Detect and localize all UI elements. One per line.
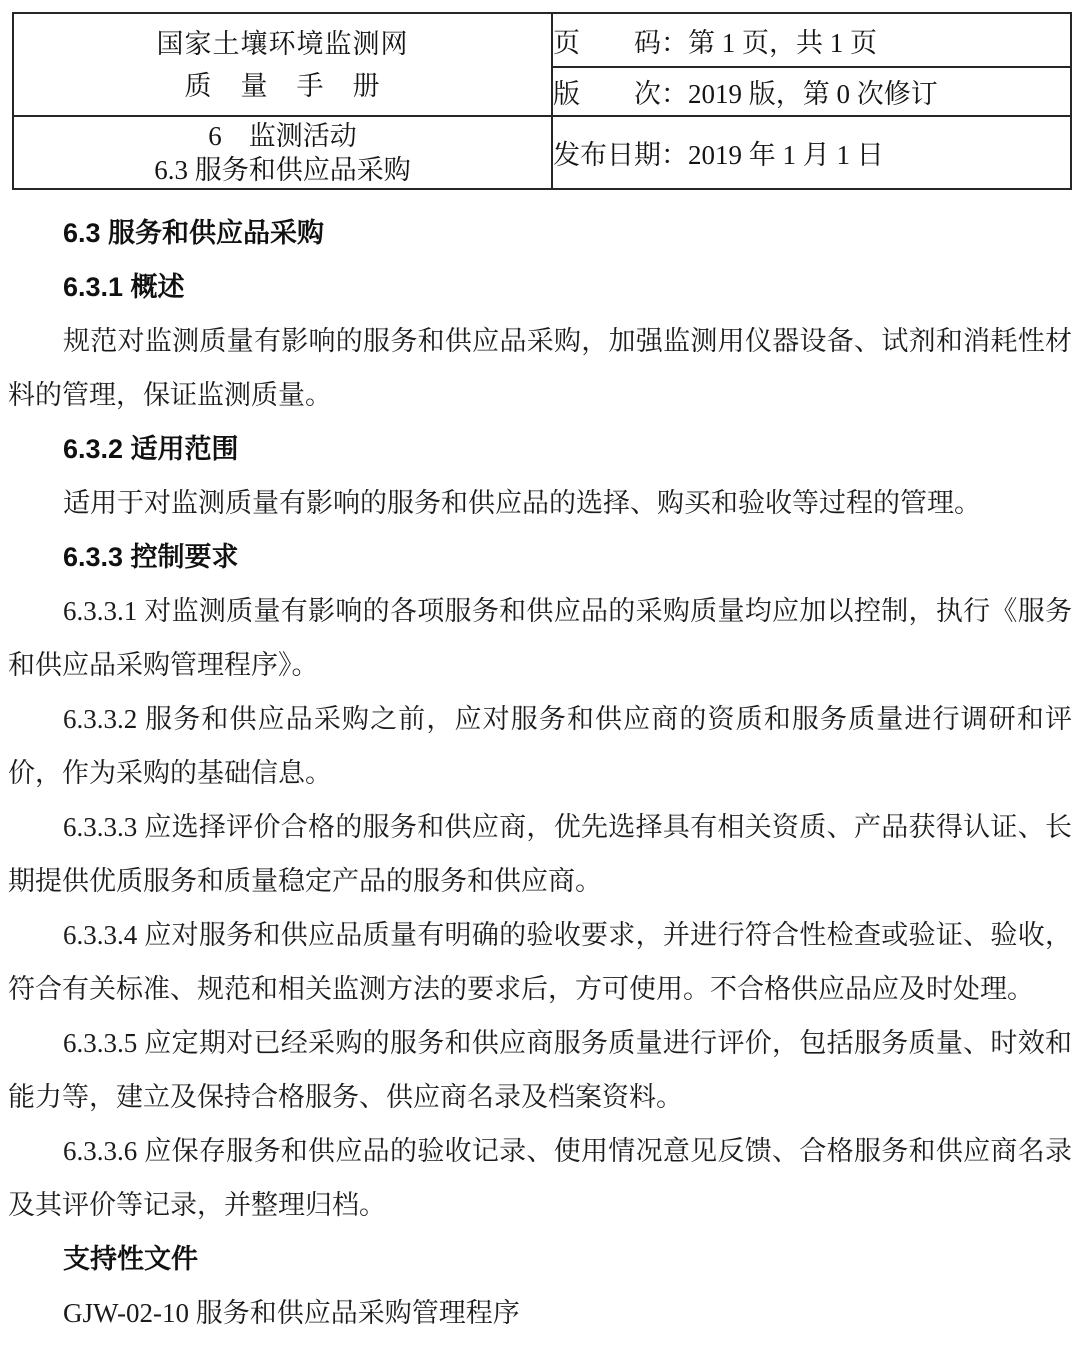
paragraph-6-3-3-2: 6.3.3.2 服务和供应品采购之前，应对服务和供应商的资质和服务质量进行调研和… <box>8 692 1072 800</box>
document-page: 国家土壤环境监测网 质 量 手 册 页 码：第 1 页，共 1 页 版 次：20… <box>0 0 1080 1346</box>
section-heading-6-3: 6.3 服务和供应品采购 <box>8 206 1072 260</box>
chapter-line2: 6.3 服务和供应品采购 <box>14 153 551 187</box>
header-row-page: 国家土壤环境监测网 质 量 手 册 页 码：第 1 页，共 1 页 <box>13 13 1071 67</box>
paragraph-6-3-3-3: 6.3.3.3 应选择评价合格的服务和供应商，优先选择具有相关资质、产品获得认证… <box>8 800 1072 908</box>
version-cell: 版 次：2019 版，第 0 次修订 <box>552 67 1071 116</box>
chapter-cell: 6 监测活动 6.3 服务和供应品采购 <box>13 116 552 189</box>
section-heading-6-3-2: 6.3.2 适用范围 <box>8 422 1072 476</box>
document-header-table: 国家土壤环境监测网 质 量 手 册 页 码：第 1 页，共 1 页 版 次：20… <box>12 12 1072 190</box>
supporting-doc-item: GJW-02-10 服务和供应品采购管理程序 <box>8 1286 1072 1340</box>
header-row-chapter: 6 监测活动 6.3 服务和供应品采购 发布日期：2019 年 1 月 1 日 <box>13 116 1071 189</box>
chapter-line1: 6 监测活动 <box>14 119 551 153</box>
supporting-docs-heading: 支持性文件 <box>8 1232 1072 1286</box>
paragraph-6-3-3-5: 6.3.3.5 应定期对已经采购的服务和供应商服务质量进行评价，包括服务质量、时… <box>8 1016 1072 1124</box>
section-heading-6-3-3: 6.3.3 控制要求 <box>8 530 1072 584</box>
issue-date-cell: 发布日期：2019 年 1 月 1 日 <box>552 116 1071 189</box>
paragraph-6-3-3-6: 6.3.3.6 应保存服务和供应品的验收记录、使用情况意见反馈、合格服务和供应商… <box>8 1124 1072 1232</box>
paragraph-6-3-3-4: 6.3.3.4 应对服务和供应品质量有明确的验收要求，并进行符合性检查或验证、验… <box>8 908 1072 1016</box>
manual-title-line2: 质 量 手 册 <box>14 65 551 107</box>
paragraph-6-3-3-1: 6.3.3.1 对监测质量有影响的各项服务和供应品的采购质量均应加以控制，执行《… <box>8 584 1072 692</box>
page-number-cell: 页 码：第 1 页，共 1 页 <box>552 13 1071 67</box>
manual-title-line1: 国家土壤环境监测网 <box>14 23 551 65</box>
paragraph-overview: 规范对监测质量有影响的服务和供应品采购，加强监测用仪器设备、试剂和消耗性材料的管… <box>8 314 1072 422</box>
manual-title-cell: 国家土壤环境监测网 质 量 手 册 <box>13 13 552 116</box>
section-heading-6-3-1: 6.3.1 概述 <box>8 260 1072 314</box>
document-body: 6.3 服务和供应品采购 6.3.1 概述 规范对监测质量有影响的服务和供应品采… <box>8 206 1072 1340</box>
paragraph-scope: 适用于对监测质量有影响的服务和供应品的选择、购买和验收等过程的管理。 <box>8 476 1072 530</box>
